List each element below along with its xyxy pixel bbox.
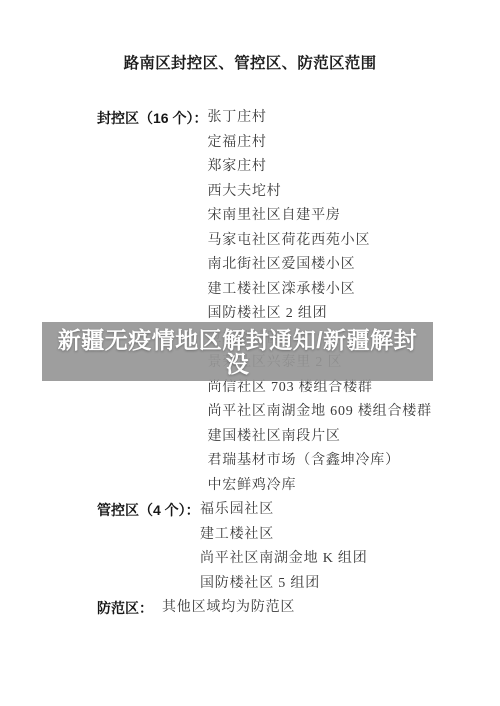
list-item: 中宏鲜鸡冷库 xyxy=(207,474,431,499)
list-item: 尚平社区南湖金地 609 楼组合楼群 xyxy=(207,400,431,425)
watermark-text: 新疆无疫情地区解封通知/新疆解封没 xyxy=(53,328,423,376)
list-item: 尚平社区南湖金地 K 组团 xyxy=(200,547,368,572)
list-item: 福乐园社区 xyxy=(200,498,368,523)
section-2: 防范区：其他区域均为防范区 xyxy=(97,596,485,621)
watermark-banner: 新疆无疫情地区解封通知/新疆解封没 xyxy=(42,322,433,381)
section-label: 封控区（16 个）： xyxy=(97,106,207,131)
section-items: 张丁庄村定福庄村郑家庄村西大夫坨村宋南里社区自建平房马家屯社区荷花西苑小区南北街… xyxy=(207,106,431,498)
list-item: 建国楼社区南段片区 xyxy=(207,425,431,450)
list-item: 君瑞基材市场（含鑫坤冷库） xyxy=(207,449,431,474)
section-label: 防范区： xyxy=(97,596,162,621)
list-item: 张丁庄村 xyxy=(207,106,431,131)
list-item: 宋南里社区自建平房 xyxy=(207,204,431,229)
document-page: 路南区封控区、管控区、防范区范围 封控区（16 个）：张丁庄村定福庄村郑家庄村西… xyxy=(0,0,500,706)
section-1: 管控区（4 个）：福乐园社区建工楼社区尚平社区南湖金地 K 组团国防楼社区 5 … xyxy=(97,498,485,596)
list-item: 国防楼社区 5 组团 xyxy=(200,572,368,597)
list-item: 马家屯社区荷花西苑小区 xyxy=(207,229,431,254)
page-title: 路南区封控区、管控区、防范区范围 xyxy=(0,51,500,73)
list-item: 建工楼社区滦承楼小区 xyxy=(207,278,431,303)
list-item: 定福庄村 xyxy=(207,131,431,156)
section-label: 管控区（4 个）： xyxy=(97,498,200,523)
section-items: 其他区域均为防范区 xyxy=(162,596,295,621)
section-items: 福乐园社区建工楼社区尚平社区南湖金地 K 组团国防楼社区 5 组团 xyxy=(200,498,368,596)
list-item: 郑家庄村 xyxy=(207,155,431,180)
list-item: 西大夫坨村 xyxy=(207,180,431,205)
section-0: 封控区（16 个）：张丁庄村定福庄村郑家庄村西大夫坨村宋南里社区自建平房马家屯社… xyxy=(97,106,485,498)
list-item: 建工楼社区 xyxy=(200,523,368,548)
list-item: 南北街社区爱国楼小区 xyxy=(207,253,431,278)
list-item: 其他区域均为防范区 xyxy=(162,596,295,621)
